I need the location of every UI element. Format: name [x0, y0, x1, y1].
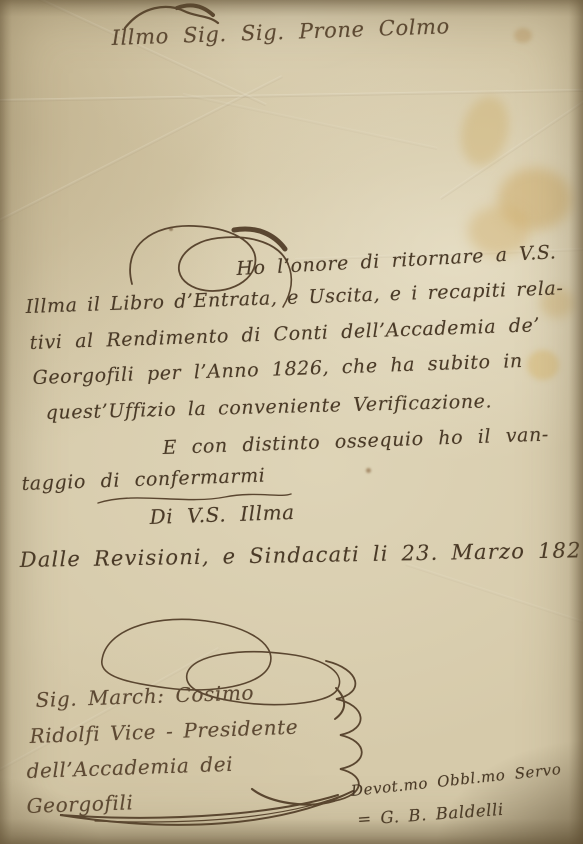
swirl-ornament — [248, 655, 378, 825]
body-line: E con distinto ossequio ho il van- — [162, 424, 549, 459]
paper-crease — [405, 563, 583, 640]
body-line: quest’Uffizio la conveniente Verificazio… — [45, 390, 492, 424]
body-line: Georgofili per l’Anno 1826, che ha subit… — [32, 350, 523, 389]
signature-valediction: Devot.mo Obbl.mo Servo — [350, 760, 562, 800]
foxing-stain — [514, 28, 532, 43]
paper-crease — [0, 75, 283, 227]
body-line: Illma il Libro d’Entrata, e Uscita, e i … — [25, 277, 564, 318]
address-line: Ridolfi Vice - Presidente — [29, 715, 298, 748]
body-line: Ho l’onore di ritornare a V.S. — [236, 241, 557, 280]
address-line: dell’Accademia dei — [26, 752, 233, 783]
paper-crease — [183, 93, 438, 150]
paper-crease — [440, 63, 583, 200]
body-line: taggio di confermarmi — [21, 465, 266, 495]
dateline: Dalle Revisioni, e Sindacati li 23. Marz… — [20, 538, 583, 572]
foxing-stain — [454, 91, 516, 170]
foxing-stain — [498, 168, 572, 230]
foxing-stain — [527, 350, 559, 380]
address-line: Sig. March: Cosimo — [35, 680, 254, 712]
body-line: Di V.S. Illma — [149, 500, 295, 529]
salutation: Illmo Sig. Sig. Prone Colmo — [111, 14, 450, 50]
body-line: tivi al Rendimento di Conti dell’Accadem… — [29, 314, 540, 354]
letter-page: Illmo Sig. Sig. Prone Colmo Ho l’onore d… — [0, 0, 583, 844]
ink-speck — [366, 468, 371, 473]
paper-crease — [0, 0, 267, 106]
signature-name: = G. B. Baldelli — [357, 800, 505, 829]
paper-crease — [0, 89, 583, 102]
ink-speck — [169, 227, 173, 231]
address-line: Georgofili — [26, 790, 134, 818]
